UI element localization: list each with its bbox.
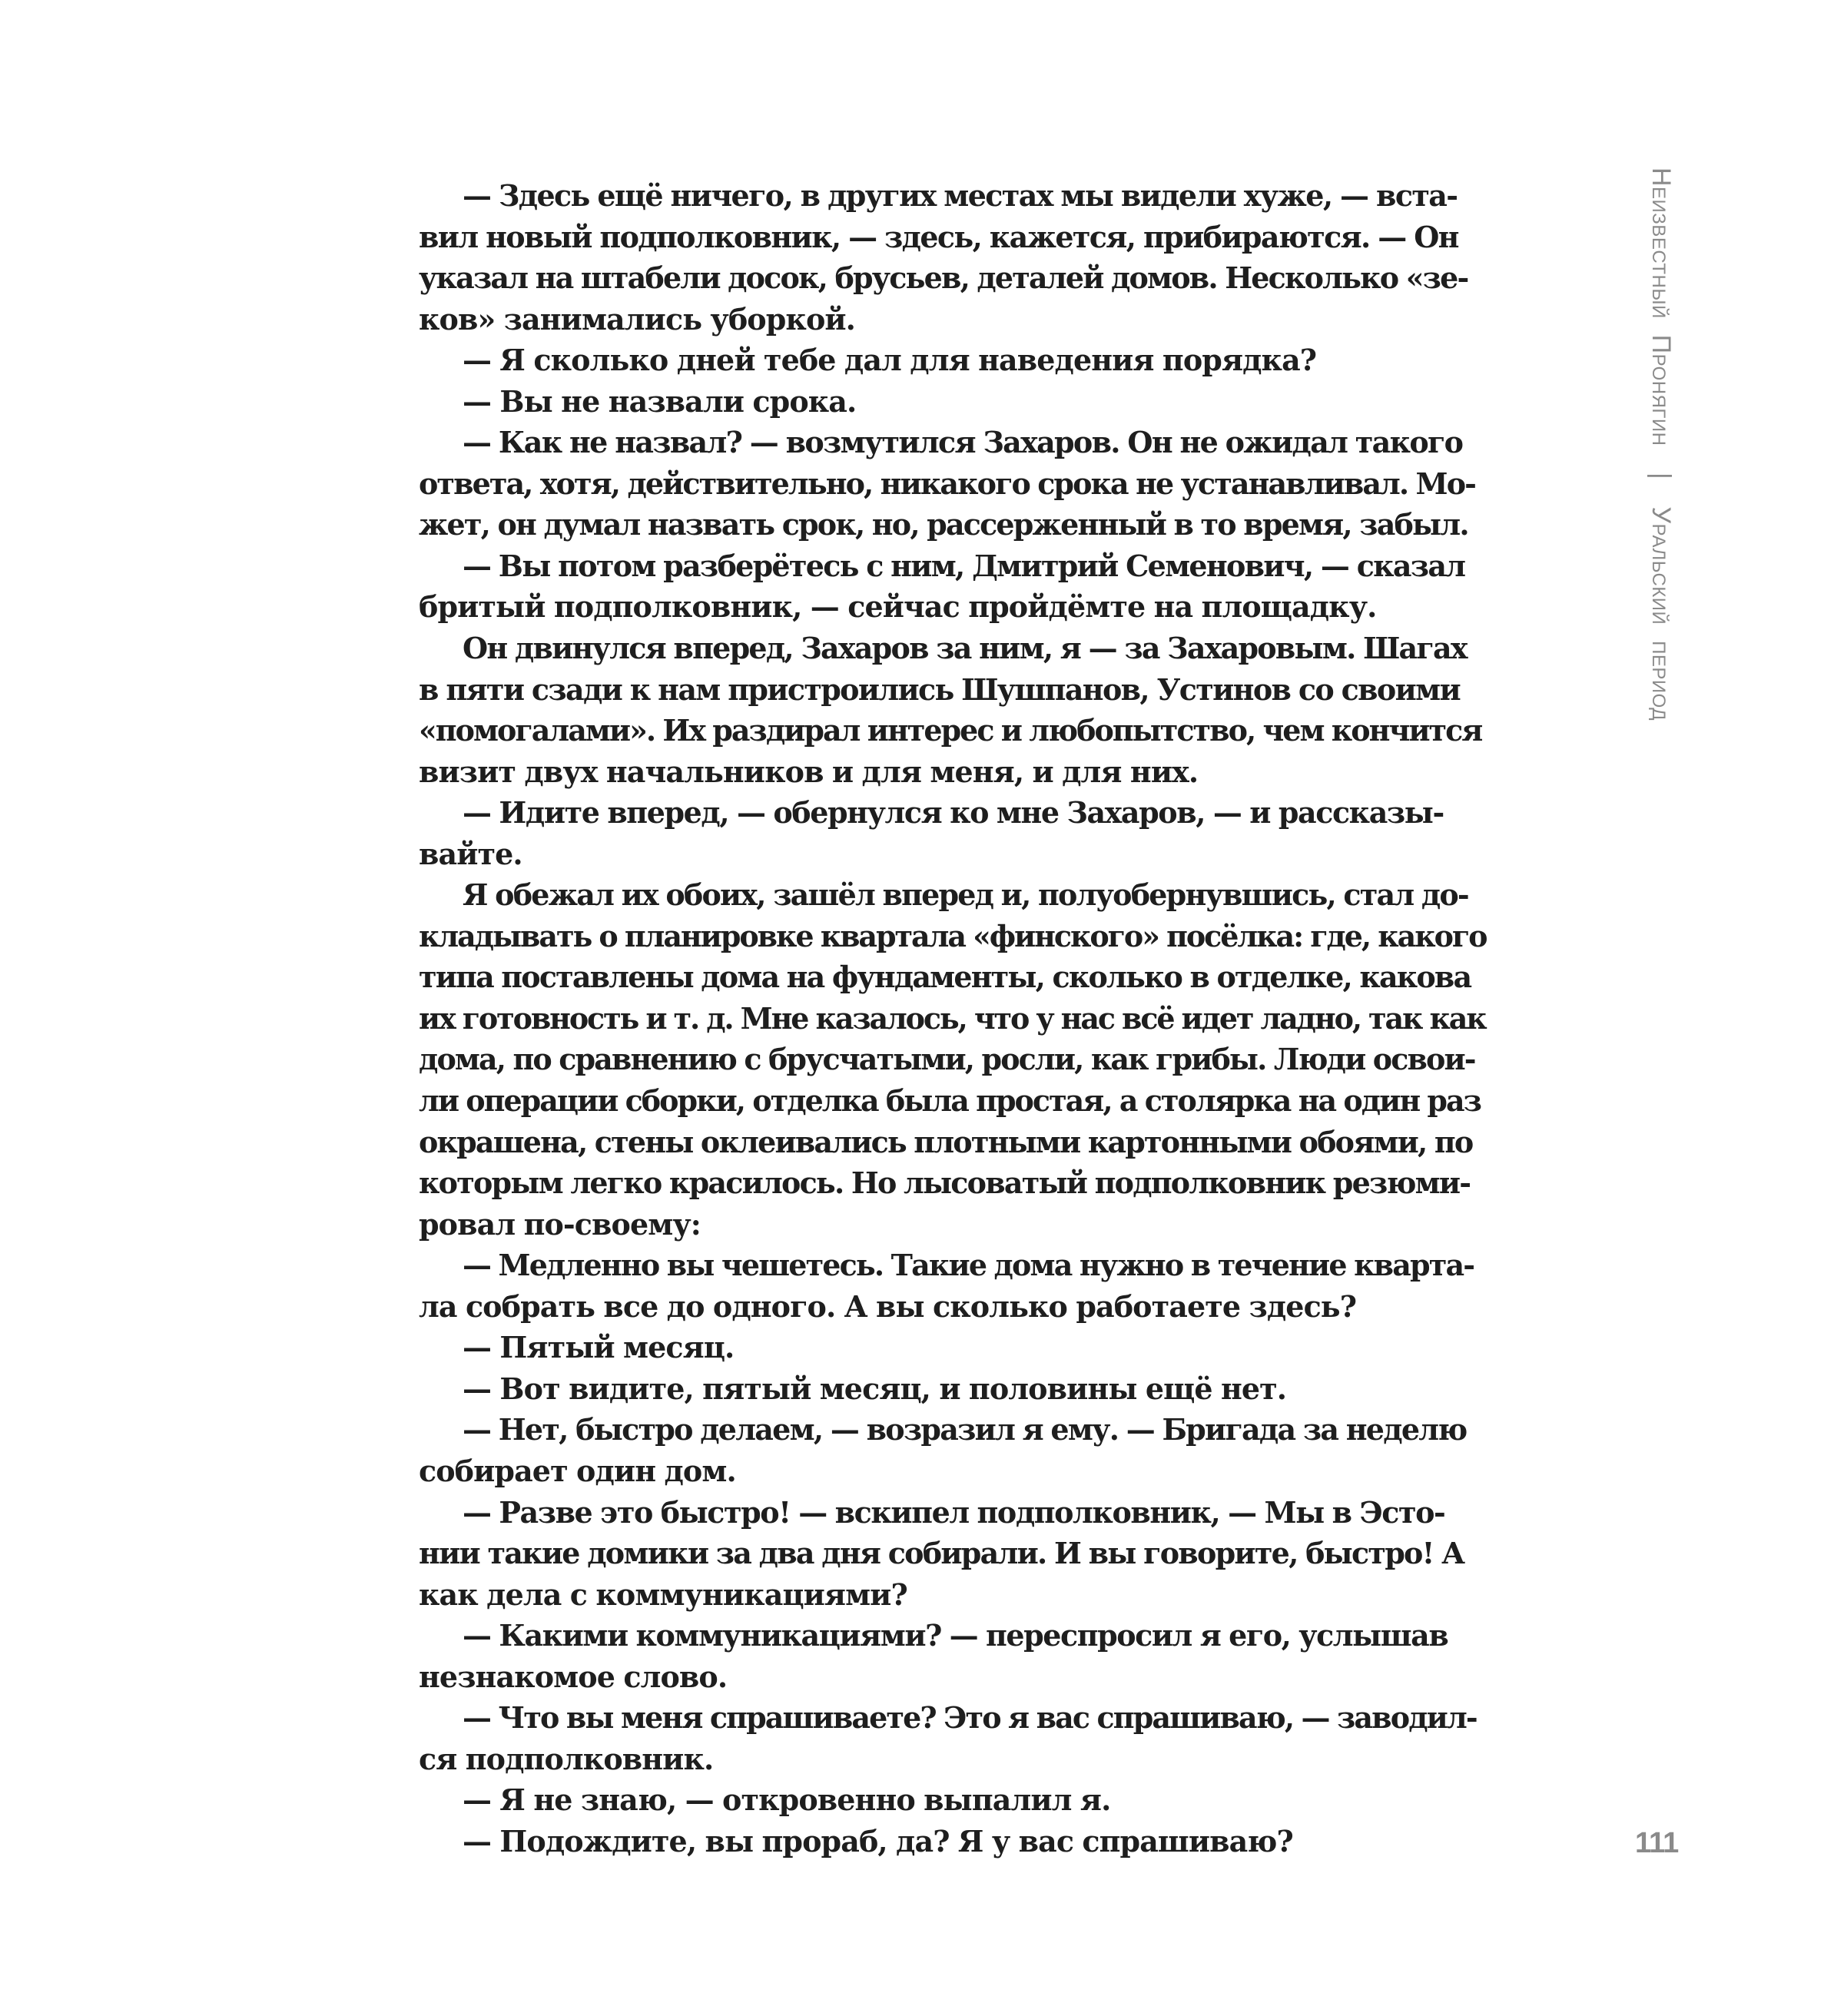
text-line: незнакомое слово. [419,1656,1413,1698]
text-line: — Вот видите, пятый месяц, и половины ещ… [419,1368,1413,1410]
text-line: — Медленно вы чешетесь. Такие дома нужно… [419,1245,1413,1286]
text-line: жет, он думал назвать срок, но, рассерже… [419,504,1413,545]
text-line: ответа, хотя, действительно, никакого ср… [419,463,1413,505]
running-head: Неизвестный Пронягин | Уральский период [1648,167,1674,721]
text-line: вил новый подполковник, — здесь, кажется… [419,217,1413,258]
text-line: их готовность и т. д. Мне казалось, что … [419,998,1413,1039]
book-page: — Здесь ещё ничего, в других местах мы в… [0,0,1844,2016]
running-head-section: Уральский период [1647,506,1676,721]
text-line: окрашена, стены оклеивались плотными кар… [419,1122,1413,1163]
text-line: собирает один дом. [419,1451,1413,1492]
text-line: — Я сколько дней тебе дал для наведения … [419,340,1413,381]
text-line: — Здесь ещё ничего, в других местах мы в… [419,175,1413,217]
text-line: — Я не знаю, — откровенно выпалил я. [419,1779,1413,1821]
text-line: «помогалами». Их раздирал интерес и любо… [419,710,1413,751]
text-line: которым легко красилось. Но лысоватый по… [419,1162,1413,1204]
text-line: — Нет, быстро делаем, — возразил я ему. … [419,1409,1413,1451]
text-line: — Как не назвал? — возмутился Захаров. О… [419,422,1413,463]
text-line: ков» занимались уборкой. [419,299,1413,340]
text-line: — Подождите, вы прораб, да? Я у вас спра… [419,1821,1413,1862]
text-line: Он двинулся вперед, Захаров за ним, я — … [419,628,1413,669]
text-line: Я обежал их обоих, зашёл вперед и, полуо… [419,874,1413,916]
running-head-separator: | [1648,472,1674,479]
text-line: нии такие домики за два дня собирали. И … [419,1533,1413,1574]
text-line: указал на штабели досок, брусьев, детале… [419,257,1413,299]
text-line: — Вы потом разберётесь с ним, Дмитрий Се… [419,545,1413,587]
text-line: — Вы не назвали срока. [419,381,1413,423]
text-line: как дела с коммуникациями? [419,1574,1413,1616]
text-line: бритый подполковник, — сейчас пройдёмте … [419,586,1413,628]
body-text: — Здесь ещё ничего, в других местах мы в… [419,175,1413,1862]
text-line: — Какими коммуникациями? — переспросил я… [419,1615,1413,1656]
text-line: кладывать о планировке квартала «финског… [419,916,1413,957]
text-line: вайте. [419,834,1413,875]
text-line: — Что вы меня спрашиваете? Это я вас спр… [419,1697,1413,1739]
text-line: — Пятый месяц. [419,1327,1413,1368]
text-line: — Разве это быстро! — вскипел подполковн… [419,1492,1413,1534]
text-line: дома, по сравнению с брусчатыми, росли, … [419,1039,1413,1080]
text-line: ровал по-своему: [419,1204,1413,1245]
text-line: визит двух начальников и для меня, и для… [419,751,1413,793]
running-head-author: Неизвестный Пронягин [1647,167,1676,446]
text-line: ли операции сборки, отделка была простая… [419,1080,1413,1122]
text-line: в пяти сзади к нам пристроились Шушпанов… [419,669,1413,711]
text-line: типа поставлены дома на фундаменты, скол… [419,957,1413,998]
text-line: ся подполковник. [419,1739,1413,1780]
text-line: — Идите вперед, — обернулся ко мне Захар… [419,792,1413,834]
text-line: ла собрать все до одного. А вы сколько р… [419,1286,1413,1328]
page-number: 111 [1635,1827,1678,1860]
